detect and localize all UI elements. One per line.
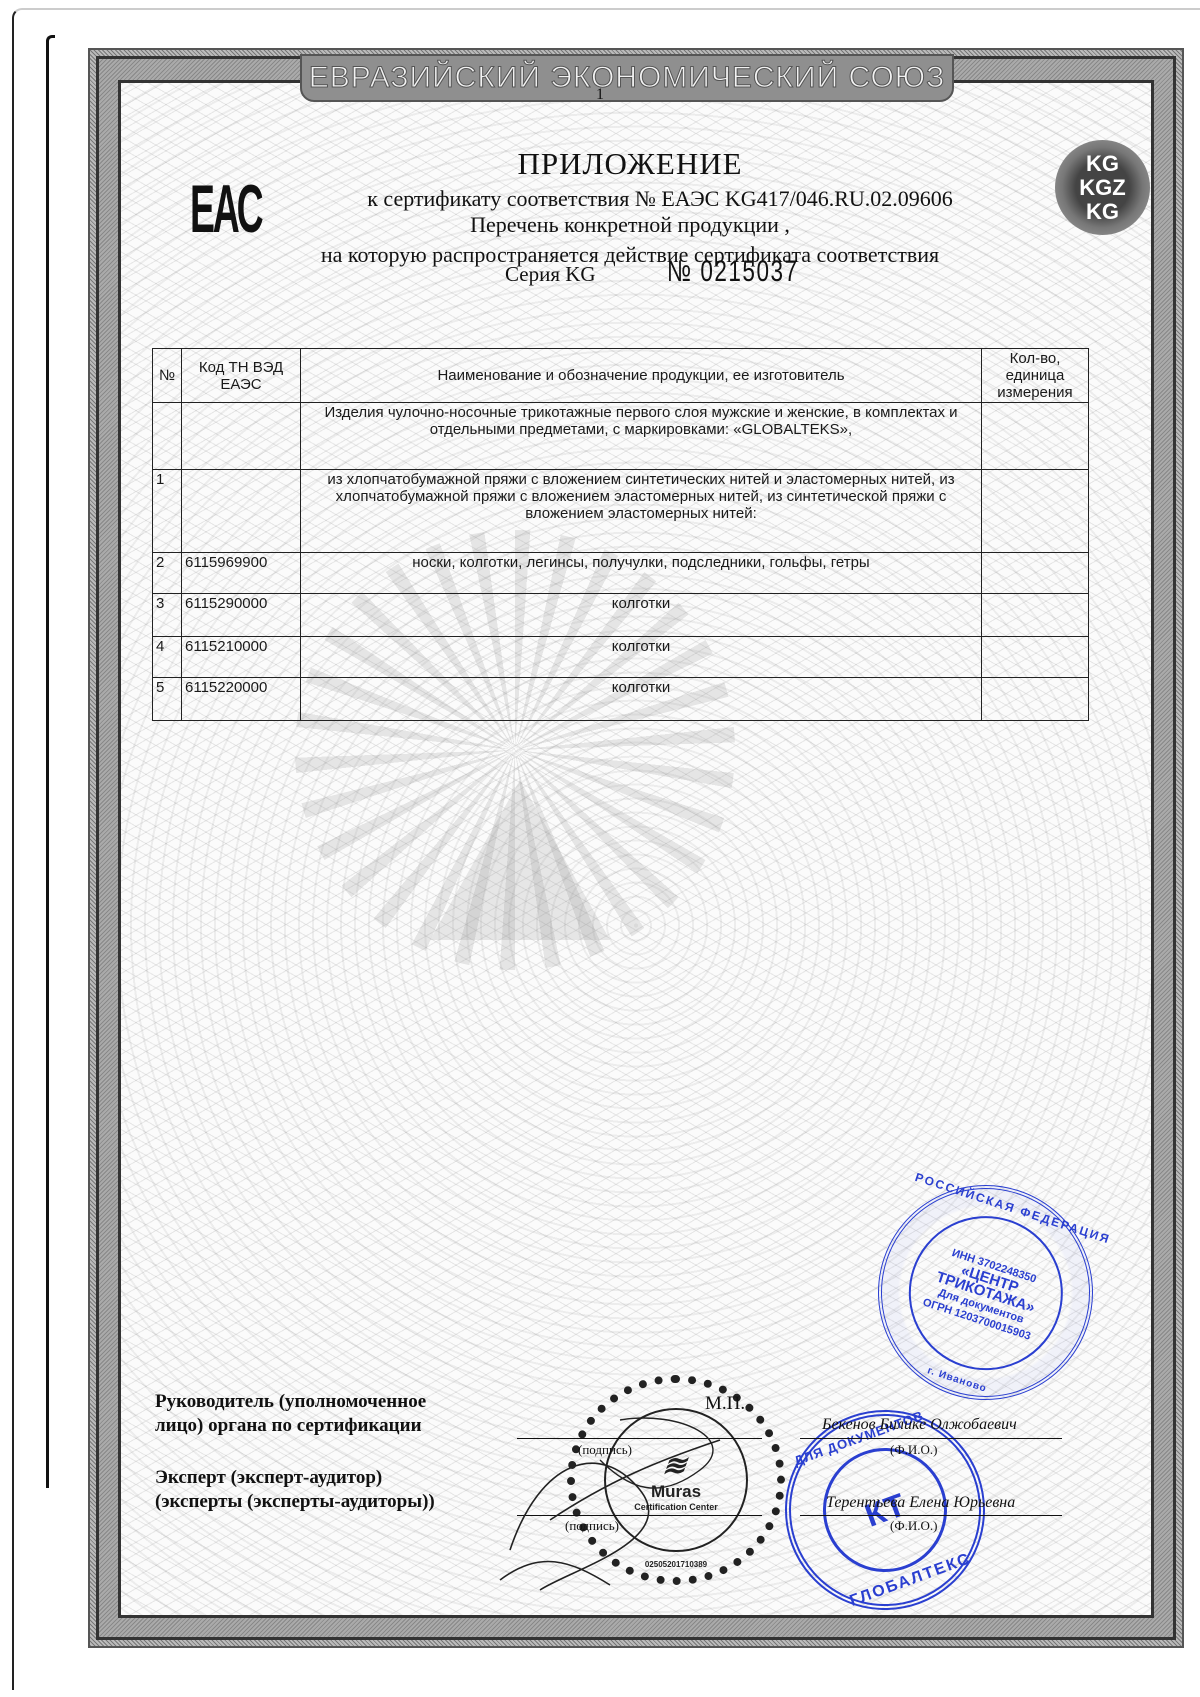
cell-qty (982, 678, 1089, 721)
cell-code (182, 403, 301, 470)
cell-name: носки, колготки, легинсы, получулки, под… (301, 553, 982, 594)
stamp-org-name: Muras (651, 1482, 701, 1502)
expert-label-line: (эксперты (эксперты-аудиторы)) (155, 1490, 435, 1514)
cell-no: 4 (153, 637, 182, 678)
table-row: 4 6115210000 колготки (153, 637, 1089, 678)
seal-mark: М.П. (705, 1393, 745, 1415)
cell-name: Изделия чулочно-носочные трикотажные пер… (301, 403, 982, 470)
stamp-inner-ring: ≋ Muras Certification Center (604, 1408, 748, 1552)
cell-code (182, 470, 301, 553)
cell-code: 6115220000 (182, 678, 301, 721)
head-label-line: Руководитель (уполномоченное (155, 1390, 426, 1414)
muras-logo-icon: ≋ (659, 1449, 692, 1482)
cell-name: колготки (301, 637, 982, 678)
document-title: ПРИЛОЖЕНИЕ (200, 146, 1060, 182)
cell-code: 6115290000 (182, 594, 301, 637)
table-row: 5 6115220000 колготки (153, 678, 1089, 721)
table-header-row: № Код ТН ВЭД ЕАЭС Наименование и обознач… (153, 349, 1089, 403)
cell-name: колготки (301, 678, 982, 721)
cell-qty (982, 403, 1089, 470)
cell-no: 3 (153, 594, 182, 637)
cell-code: 6115969900 (182, 553, 301, 594)
table-row: 1 из хлопчатобумажной пряжи с вложением … (153, 470, 1089, 553)
series-label: Серия KG (505, 262, 596, 287)
cell-code: 6115210000 (182, 637, 301, 678)
cell-qty (982, 470, 1089, 553)
watermark-triangle (430, 780, 610, 940)
head-label: Руководитель (уполномоченное лицо) орган… (155, 1390, 426, 1438)
expert-fio-caption: (Ф.И.О.) (890, 1518, 937, 1534)
cell-name: колготки (301, 594, 982, 637)
stamp-subtitle: Certification Center (634, 1502, 718, 1512)
table-row: Изделия чулочно-носочные трикотажные пер… (153, 403, 1089, 470)
expert-label: Эксперт (эксперт-аудитор) (эксперты (экс… (155, 1466, 435, 1514)
expert-signature-caption: (подпись) (565, 1518, 619, 1534)
kgz-seal-line: KG (1086, 152, 1119, 176)
cell-qty (982, 553, 1089, 594)
cell-no (153, 403, 182, 470)
head-fio-caption: (Ф.И.О.) (890, 1442, 937, 1458)
expert-fio-line (800, 1515, 1062, 1516)
expert-signature-line (517, 1515, 762, 1516)
cell-no: 1 (153, 470, 182, 553)
cell-no: 2 (153, 553, 182, 594)
header-code: Код ТН ВЭД ЕАЭС (182, 349, 301, 403)
head-signature-line (517, 1438, 762, 1439)
scope-heading: на которую распространяется действие сер… (200, 242, 1060, 268)
header-no: № (153, 349, 182, 403)
header-qty: Кол-во, единица измерения (982, 349, 1089, 403)
table-row: 2 6115969900 носки, колготки, легинсы, п… (153, 553, 1089, 594)
cell-qty (982, 637, 1089, 678)
scan-edge-inner (46, 35, 55, 1488)
head-signature-caption: (подпись) (578, 1442, 632, 1458)
certificate-reference: к сертификату соответствия № ЕАЭС KG417/… (230, 186, 1090, 212)
head-fio-line (800, 1438, 1062, 1439)
cell-no: 5 (153, 678, 182, 721)
series-number: № 0215037 (667, 255, 798, 289)
expert-label-line: Эксперт (эксперт-аудитор) (155, 1466, 435, 1490)
stamp-number: 02505201710389 (645, 1560, 707, 1569)
header-name: Наименование и обозначение продукции, ее… (301, 349, 982, 403)
cell-name: из хлопчатобумажной пряжи с вложением си… (301, 470, 982, 553)
kgz-seal-line: KG (1086, 200, 1119, 224)
cell-qty (982, 594, 1089, 637)
muras-certification-stamp: ≋ Muras Certification Center 02505201710… (567, 1375, 785, 1585)
page-number: 1 (0, 86, 1200, 104)
table-row: 3 6115290000 колготки (153, 594, 1089, 637)
product-list-heading: Перечень конкретной продукции , (200, 212, 1060, 238)
head-name: Бекенов Билике Олжобаевич (822, 1416, 1017, 1434)
head-label-line: лицо) органа по сертификации (155, 1414, 426, 1438)
expert-name: Терентьева Елена Юрьевна (826, 1494, 1015, 1512)
product-table: № Код ТН ВЭД ЕАЭС Наименование и обознач… (152, 348, 1089, 721)
